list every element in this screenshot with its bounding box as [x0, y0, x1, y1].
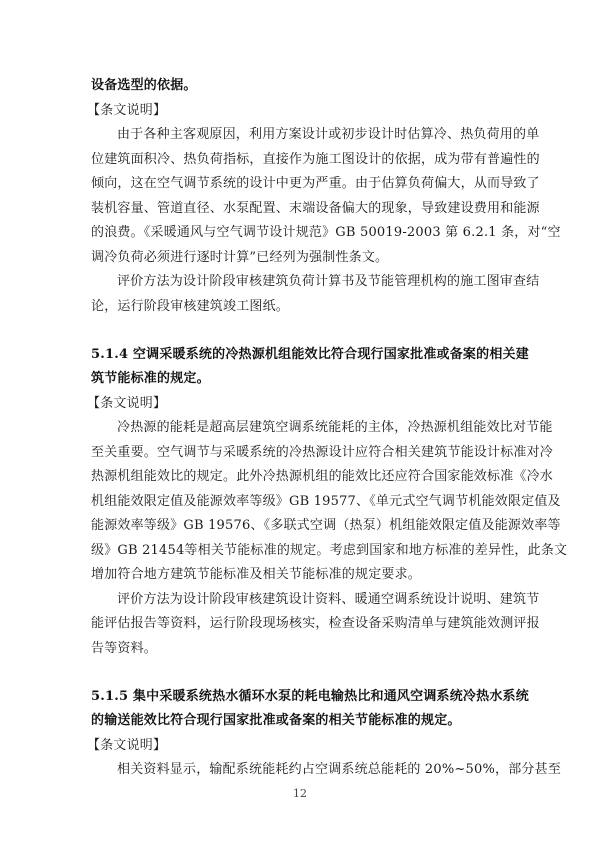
paragraph-line: 相关资料显示，输配系统能耗约占空调系统总能耗的 20%~50%，部分甚至 — [91, 758, 503, 783]
paragraph: 评价方法为设计阶段审核建筑设计资料、暖通空调系统设计说明、建筑节 能评估报告等资… — [91, 588, 503, 662]
paragraph-line: 能源效率等级》GB 19576、《多联式空调（热泵）机组能效限定值及能源效率等 — [91, 514, 503, 539]
paragraph: 由于各种主客观原因，利用方案设计或初步设计时估算冷、热负荷用的单 位建筑面积冷、… — [91, 123, 503, 270]
paragraph-line: 论，运行阶段审核建筑竣工图纸。 — [91, 295, 503, 320]
clause-explanation-label: 【条文说明】 — [87, 734, 503, 759]
page-number: 12 — [0, 787, 600, 800]
paragraph-line: 倾向，这在空气调节系统的设计中更为严重。由于估算负荷偏大，从而导致了 — [91, 172, 503, 197]
paragraph-line: 增加符合地方建筑节能标准及相关节能标准的规定要求。 — [91, 563, 503, 588]
paragraph-line: 热源机组能效比的规定。此外冷热源机组的能效比还应符合国家能效标准《冷水 — [91, 465, 503, 490]
clause-heading-5-1-5: 5.1.5 集中采暖系统热水循环水泵的耗电输热比和通风空调系统冷热水系统 的输送… — [91, 685, 503, 734]
paragraph-line: 至关重要。空气调节与采暖系统的冷热源设计应符合相关建筑节能设计标准对冷 — [91, 441, 503, 466]
clause-heading-line: 筑节能标准的规定。 — [91, 367, 503, 392]
paragraph-line: 能评估报告等资料，运行阶段现场核实，检查设备采购清单与建筑能效测评报 — [91, 612, 503, 637]
clause-explanation-label: 【条文说明】 — [87, 99, 503, 124]
paragraph: 冷热源的能耗是超高层建筑空调系统能耗的主体，冷热源机组能效比对节能 至关重要。空… — [91, 416, 503, 588]
paragraph-line: 告等资料。 — [91, 637, 503, 662]
document-page: 设备选型的依据。 【条文说明】 由于各种主客观原因，利用方案设计或初步设计时估算… — [91, 74, 503, 783]
clause-heading-5-1-4: 5.1.4 空调采暖系统的冷热源机组能效比符合现行国家批准或备案的相关建 筑节能… — [91, 343, 503, 392]
paragraph-line: 评价方法为设计阶段审核建筑设计资料、暖通空调系统设计说明、建筑节 — [91, 588, 503, 613]
clause-heading-line: 设备选型的依据。 — [91, 74, 503, 99]
clause-heading-line: 5.1.5 集中采暖系统热水循环水泵的耗电输热比和通风空调系统冷热水系统 — [91, 685, 503, 710]
paragraph: 相关资料显示，输配系统能耗约占空调系统总能耗的 20%~50%，部分甚至 — [91, 758, 503, 783]
paragraph-line: 装机容量、管道直径、水泵配置、末端设备偏大的现象，导致建设费用和能源 — [91, 197, 503, 222]
section-gap — [91, 319, 503, 343]
clause-heading-line: 5.1.4 空调采暖系统的冷热源机组能效比符合现行国家批准或备案的相关建 — [91, 343, 503, 368]
paragraph-line: 机组能效限定值及能源效率等级》GB 19577、《单元式空气调节机能效限定值及 — [91, 490, 503, 515]
clause-heading-line: 的输送能效比符合现行国家批准或备案的相关节能标准的规定。 — [91, 709, 503, 734]
paragraph-line: 评价方法为设计阶段审核建筑负荷计算书及节能管理机构的施工图审查结 — [91, 270, 503, 295]
paragraph-line: 冷热源的能耗是超高层建筑空调系统能耗的主体，冷热源机组能效比对节能 — [91, 416, 503, 441]
paragraph-line: 位建筑面积冷、热负荷指标，直接作为施工图设计的依据，成为带有普遍性的 — [91, 148, 503, 173]
paragraph-line: 调冷负荷必须进行逐时计算”已经列为强制性条文。 — [91, 246, 503, 271]
paragraph-line: 级》GB 21454等相关节能标准的规定。考虑到国家和地方标准的差异性，此条文 — [91, 539, 503, 564]
paragraph: 评价方法为设计阶段审核建筑负荷计算书及节能管理机构的施工图审查结 论，运行阶段审… — [91, 270, 503, 319]
section-gap — [91, 661, 503, 685]
paragraph-line: 由于各种主客观原因，利用方案设计或初步设计时估算冷、热负荷用的单 — [91, 123, 503, 148]
clause-explanation-label: 【条文说明】 — [87, 392, 503, 417]
paragraph-line: 的浪费。《采暖通风与空气调节设计规范》GB 50019-2003 第 6.2.1… — [91, 221, 503, 246]
